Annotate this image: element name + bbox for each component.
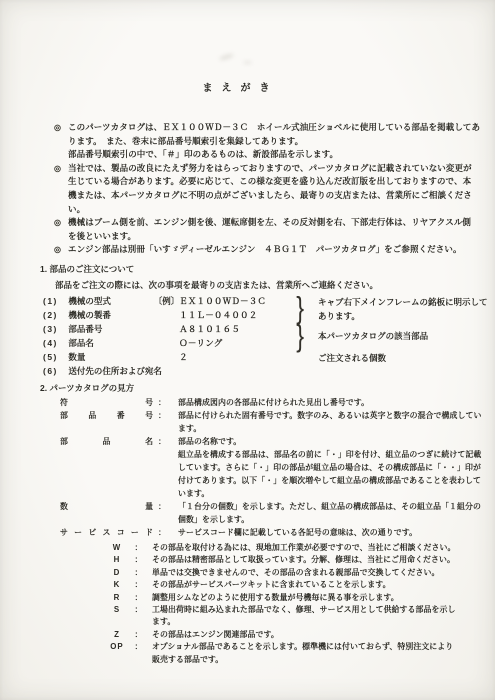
service-code-row: R ： 調整用シムなどのように使用する数量が号機毎に異る事を示します。 [104,592,495,604]
term-label: 部品番号 [60,409,153,435]
service-code-row: W ： その部品を取付ける為には、現地加工作業が必要ですので、当社にご相談くださ… [104,542,495,554]
service-code-description: オプショナル部品であることを示します。標準機には付いておらず、特別注文により販売… [147,641,495,666]
colon-separator: ： [130,542,147,554]
term-description: サービスコード欄に記載している各記号の意味は、次の通りです。 [171,526,495,539]
note-catalog-part: 本パーツカタログの該当部品 [318,329,428,343]
row-number: (1) [43,294,66,308]
row-number: (2) [43,308,66,322]
section2-heading: 2. パーツカタログの見方 [40,382,495,395]
bullet-icon: ◎ [54,121,68,162]
row-label: 機械の製番 [68,308,151,322]
preface-text: このパーツカタログは、ＥＸ１００ＷＤ－３Ｃ ホイール式油圧ショベルに使用している… [68,121,495,162]
order-row: (6) 送付先の住所および宛名 [43,364,495,378]
term-row: サービスコード ： サービスコード欄に記載している各記号の意味は、次の通りです。 [60,526,495,539]
service-code-row: OP ： オプショナル部品であることを示します。標準機には付いておらず、特別注文… [104,641,495,666]
colon-separator: ： [153,396,171,409]
term-row: 符号 ： 部品構成図内の各部品に付けられた見出し番号です。 [60,396,495,409]
service-code-description: 工場出荷時に組み込まれた部品でなく、修理、サービス用として供給する部品を示します… [147,604,495,629]
row-example-prefix: 〔例〕 [154,294,177,308]
row-value: ２ [179,350,188,364]
note-nameplate: キャブ右下メインフレームの銘板に明示してあります。 [318,295,488,323]
service-code-row: S ： 工場出荷時に組み込まれた部品でなく、修理、サービス用として供給する部品を… [104,604,495,629]
service-code: D [104,567,130,579]
service-code: Z [104,629,130,641]
service-code: R [104,592,130,604]
row-number: (3) [43,322,66,336]
note-quantity: ご注文される個数 [318,351,386,365]
colon-separator: ： [130,592,147,604]
bullet-icon: ◎ [54,216,68,243]
scan-smudge [243,61,252,64]
row-number: (4) [43,336,66,350]
term-label: サービスコード [60,526,153,539]
section-parts-ordering: 1. 部品のご注文について 部品をご注文の際には、次の事項を最寄りの支店または、… [0,263,495,378]
service-code-list: W ： その部品を取付ける為には、現地加工作業が必要ですので、当社にご相談くださ… [104,542,495,666]
term-row: 数量 ： 「１台分の個数」を示します。ただし、組立品の構成部品は、その組立品「１… [60,500,495,526]
colon-separator: ： [130,604,147,629]
row-value: ＥＸ１００ＷＤ－３Ｃ [179,294,266,308]
preface-item: ◎ エンジン部品は別冊「いすゞディーゼルエンジン ４ＢＧ１Ｔ パーツカタログ」を… [0,243,495,257]
order-row: (5) 数量 ２ [43,350,495,364]
preface-item: ◎ このパーツカタログは、ＥＸ１００ＷＤ－３Ｃ ホイール式油圧ショベルに使用して… [0,121,495,162]
term-label: 部品名 [60,435,153,500]
colon-separator: ： [130,567,147,579]
colon-separator: ： [153,500,171,526]
term-label: 符号 [60,396,153,409]
brace-icon: } [296,321,304,351]
colon-separator: ： [130,579,147,591]
service-code: S [104,604,130,629]
colon-separator: ： [153,526,171,539]
service-code: H [104,554,130,566]
service-code-description: その部品は精密部品として取扱っています。分解、修理は、当社にご用命ください。 [147,554,495,566]
term-row: 部品名 ： 部品の名称です。組立品を構成する部品は、部品名の前に「・」印を付け、… [60,435,495,500]
service-code-description: 調整用シムなどのように使用する数量が号機毎に異る事を示します。 [147,592,495,604]
preface-text: エンジン部品は別冊「いすゞディーゼルエンジン ４ＢＧ１Ｔ パーツカタログ」をご参… [68,243,495,257]
section1-heading: 1. 部品のご注文について [40,263,495,276]
row-number: (6) [43,364,66,378]
row-label: 送付先の住所および宛名 [68,364,151,378]
row-value: Ａ８１０１６５ [179,322,240,336]
row-value: １１Ｌ－０４００２ [179,308,257,322]
term-list: 符号 ： 部品構成図内の各部品に付けられた見出し番号です。 部品番号 ： 部品に… [60,396,495,539]
colon-separator: ： [130,554,147,566]
colon-separator: ： [130,629,147,641]
page-title: まえがき [0,0,495,95]
row-value: Ｏ－リング [179,336,222,350]
term-label: 数量 [60,500,153,526]
row-label: 数量 [68,350,151,364]
service-code-row: K ： その部品がサービスパーツキットに含まれていることを示します。 [104,579,495,591]
preface-text: 当社では、製品の改良にたえず努力をはらっておりますので、パーツカタログに記載され… [68,162,495,216]
bullet-icon: ◎ [54,162,68,216]
term-description: 部品に付けられた固有番号です。数字のみ、あるいは英字と数字の混合で構成しています… [171,409,495,435]
row-label: 機械の型式 [68,294,151,308]
bullet-icon: ◎ [54,243,68,257]
term-description: 「１台分の個数」を示します。ただし、組立品の構成部品は、その組立品「１組分の個数… [171,500,495,526]
service-code-description: その部品はエンジン関連部品です。 [147,629,495,641]
preface-list: ◎ このパーツカタログは、ＥＸ１００ＷＤ－３Ｃ ホイール式油圧ショベルに使用して… [0,121,495,257]
section1-intro: 部品をご注文の際には、次の事項を最寄りの支店または、営業所へご連絡ください。 [55,279,495,292]
colon-separator: ： [153,409,171,435]
service-code-row: H ： その部品は精密部品として取扱っています。分解、修理は、当社にご用命くださ… [104,554,495,566]
section-catalog-guide: 2. パーツカタログの見方 符号 ： 部品構成図内の各部品に付けられた見出し番号… [0,382,495,666]
term-row: 部品番号 ： 部品に付けられた固有番号です。数字のみ、あるいは英字と数字の混合で… [60,409,495,435]
preface-text: 機械はブーム側を前、エンジン側を後、運転席側を左、その反対側を右、下部走行体は、… [68,216,495,243]
service-code-description: 単品では交換できませんので、その部品の含まれる親部品で交換してください。 [147,567,495,579]
service-code-row: Z ： その部品はエンジン関連部品です。 [104,629,495,641]
scanned-document-page: まえがき ◎ このパーツカタログは、ＥＸ１００ＷＤ－３Ｃ ホイール式油圧ショベル… [0,0,495,700]
service-code: W [104,542,130,554]
preface-item: ◎ 当社では、製品の改良にたえず努力をはらっておりますので、パーツカタログに記載… [0,162,495,216]
row-label: 部品番号 [68,322,151,336]
term-description: 部品構成図内の各部品に付けられた見出し番号です。 [171,396,495,409]
colon-separator: ： [153,435,171,500]
preface-item: ◎ 機械はブーム側を前、エンジン側を後、運転席側を左、その反対側を右、下部走行体… [0,216,495,243]
service-code-description: その部品がサービスパーツキットに含まれていることを示します。 [147,579,495,591]
service-code-row: D ： 単品では交換できませんので、その部品の含まれる親部品で交換してください。 [104,567,495,579]
row-label: 部品名 [68,336,151,350]
row-number: (5) [43,350,66,364]
order-item-list: (1) 機械の型式 〔例〕 ＥＸ１００ＷＤ－３Ｃ (2) 機械の製番 １１Ｌ－０… [43,294,495,378]
term-description: 部品の名称です。組立品を構成する部品は、部品名の前に「・」印を付け、組立品のつぎ… [171,435,495,500]
service-code-description: その部品を取付ける為には、現地加工作業が必要ですので、当社にご相談ください。 [147,542,495,554]
colon-separator: ： [130,641,147,666]
service-code: K [104,579,130,591]
service-code: OP [104,641,130,666]
